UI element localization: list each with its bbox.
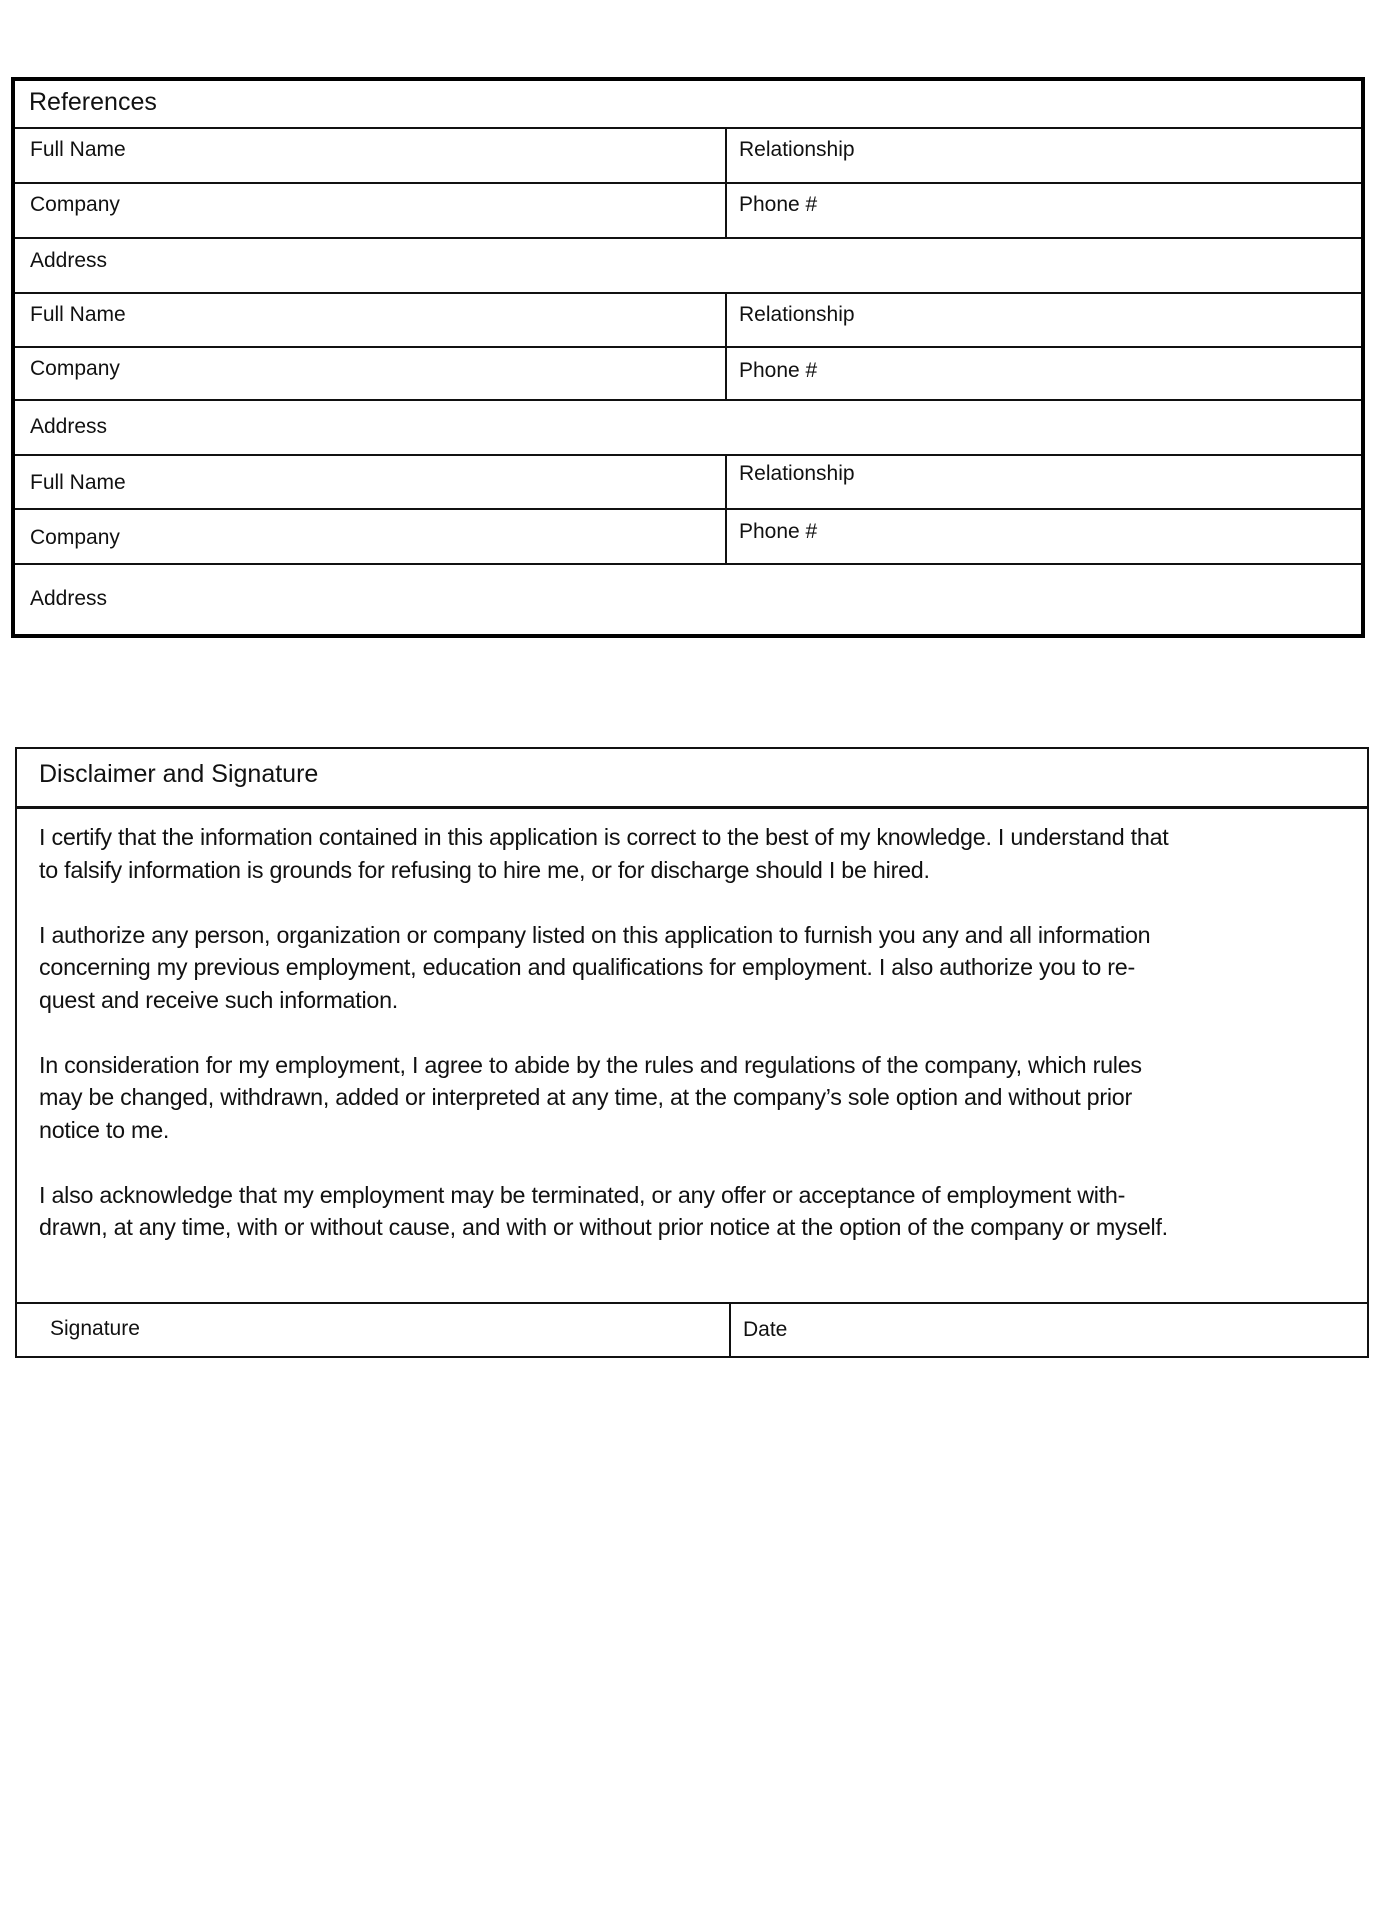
phone-label: Phone # [739, 359, 817, 383]
reference-3-company-row: Company Phone # [15, 508, 1361, 563]
reference-3-name-row: Full Name Relationship [15, 454, 1361, 508]
full-name-label: Full Name [30, 303, 126, 327]
reference-2-phone-field[interactable]: Phone # [725, 348, 1361, 399]
disclaimer-header: Disclaimer and Signature [17, 749, 1367, 809]
company-label: Company [30, 193, 120, 217]
reference-2-company-row: Company Phone # [15, 346, 1361, 399]
disclaimer-line: I also acknowledge that my employment ma… [39, 1179, 1357, 1212]
disclaimer-line: notice to me. [39, 1114, 1357, 1147]
reference-2-address-field[interactable]: Address [15, 399, 1361, 454]
disclaimer-line: I authorize any person, organization or … [39, 919, 1357, 952]
reference-3-address-field[interactable]: Address [15, 563, 1361, 634]
reference-2-full-name-field[interactable]: Full Name [15, 294, 725, 346]
disclaimer-section: Disclaimer and Signature I certify that … [15, 747, 1369, 1358]
references-header: References [15, 81, 1361, 127]
company-label: Company [30, 526, 120, 550]
reference-3-phone-field[interactable]: Phone # [725, 510, 1361, 563]
date-label: Date [743, 1318, 787, 1342]
reference-2-relationship-field[interactable]: Relationship [725, 294, 1361, 346]
phone-label: Phone # [739, 193, 817, 217]
disclaimer-body: I certify that the information contained… [39, 821, 1357, 1244]
reference-1-relationship-field[interactable]: Relationship [725, 129, 1361, 182]
reference-3-relationship-field[interactable]: Relationship [725, 456, 1361, 508]
address-label: Address [30, 415, 107, 439]
reference-2-company-field[interactable]: Company [15, 348, 725, 399]
reference-1-phone-field[interactable]: Phone # [725, 184, 1361, 237]
phone-label: Phone # [739, 520, 817, 544]
relationship-label: Relationship [739, 138, 855, 162]
company-label: Company [30, 357, 120, 381]
disclaimer-line: concerning my previous employment, educa… [39, 951, 1357, 984]
signature-field[interactable]: Signature [17, 1304, 729, 1356]
reference-3-full-name-field[interactable]: Full Name [15, 456, 725, 508]
relationship-label: Relationship [739, 303, 855, 327]
signature-row: Signature Date [17, 1302, 1367, 1356]
reference-2-name-row: Full Name Relationship [15, 292, 1361, 346]
disclaimer-line: quest and receive such information. [39, 984, 1357, 1017]
reference-1-full-name-field[interactable]: Full Name [15, 129, 725, 182]
disclaimer-line: I certify that the information contained… [39, 821, 1357, 854]
disclaimer-paragraph-termination: I also acknowledge that my employment ma… [39, 1179, 1357, 1244]
full-name-label: Full Name [30, 138, 126, 162]
disclaimer-line: to falsify information is grounds for re… [39, 854, 1357, 887]
disclaimer-line: In consideration for my employment, I ag… [39, 1049, 1357, 1082]
disclaimer-line: may be changed, withdrawn, added or inte… [39, 1081, 1357, 1114]
date-field[interactable]: Date [729, 1304, 1367, 1356]
reference-1-address-field[interactable]: Address [15, 237, 1361, 292]
full-name-label: Full Name [30, 471, 126, 495]
address-label: Address [30, 249, 107, 273]
reference-1-company-row: Company Phone # [15, 182, 1361, 237]
reference-3-company-field[interactable]: Company [15, 510, 725, 563]
disclaimer-title: Disclaimer and Signature [39, 762, 318, 786]
disclaimer-line: drawn, at any time, with or without caus… [39, 1211, 1357, 1244]
disclaimer-paragraph-authorize: I authorize any person, organization or … [39, 919, 1357, 1017]
signature-label: Signature [50, 1317, 140, 1341]
references-section: References Full Name Relationship Compan… [11, 77, 1365, 638]
reference-1-name-row: Full Name Relationship [15, 127, 1361, 182]
address-label: Address [30, 587, 107, 611]
reference-1-company-field[interactable]: Company [15, 184, 725, 237]
disclaimer-paragraph-certify: I certify that the information contained… [39, 821, 1357, 886]
relationship-label: Relationship [739, 462, 855, 486]
disclaimer-paragraph-rules: In consideration for my employment, I ag… [39, 1049, 1357, 1147]
references-title: References [29, 90, 157, 114]
